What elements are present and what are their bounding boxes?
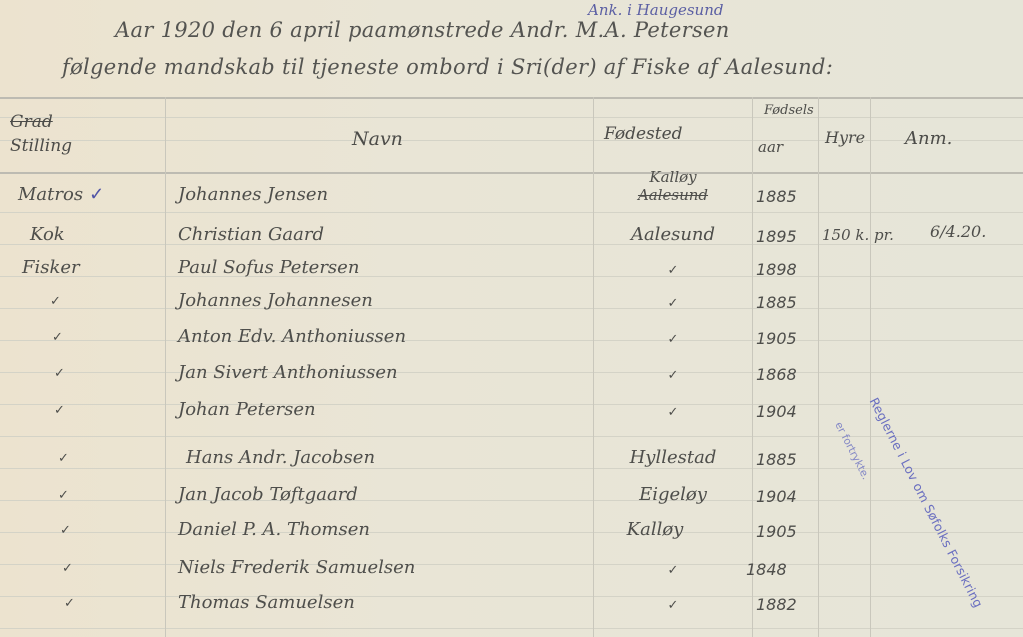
cell-navn: Jan Jacob Tøftgaard <box>178 484 588 505</box>
cell-navn: Paul Sofus Petersen <box>178 257 588 278</box>
cell-fodested: Aalesund <box>598 224 748 245</box>
table-row: ✓ Johannes Johannesen ✓ 1885 <box>0 286 1023 318</box>
cell-aar: 1885 <box>756 187 816 206</box>
cell-stilling: Matros✓ <box>18 184 163 205</box>
header-grad-struck: Grad <box>10 112 53 132</box>
table-row: ✓ Thomas Samuelsen ✓ 1882 <box>0 588 1023 620</box>
cell-navn: Christian Gaard <box>178 224 588 245</box>
cell-aar: 1904 <box>756 487 816 506</box>
table-row: Kok Christian Gaard Aalesund 1895 150 k.… <box>0 220 1023 252</box>
table-row: ✓ Hans Andr. Jacobsen Hyllestad 1885 <box>0 443 1023 475</box>
cell-aar: 1905 <box>756 522 816 541</box>
cell-fodested-struck: Aalesund <box>598 186 748 204</box>
table-row: ✓ Anton Edv. Anthoniussen ✓ 1905 <box>0 322 1023 354</box>
ditto-check-icon: ✓ <box>598 405 748 420</box>
ditto-check-icon: ✓ <box>52 330 197 345</box>
cell-navn: Hans Andr. Jacobsen <box>186 447 596 468</box>
cell-hyre: 150 k. pr. <box>822 226 872 244</box>
cell-aar: 1885 <box>756 450 816 469</box>
ditto-check-icon: ✓ <box>58 451 203 466</box>
blue-check-icon: ✓ <box>89 184 104 205</box>
register-page: Ank. i Haugesund Aar 1920 den 6 april pa… <box>0 0 1023 637</box>
table-row: ✓ Daniel P. A. Thomsen Kalløy 1905 <box>0 515 1023 547</box>
cell-navn: Daniel P. A. Thomsen <box>178 519 588 540</box>
header-navn: Navn <box>352 128 403 150</box>
ditto-check-icon: ✓ <box>598 296 748 311</box>
ditto-check-icon: ✓ <box>598 598 748 613</box>
table-row: Fisker Paul Sofus Petersen ✓ 1898 <box>0 253 1023 285</box>
cell-navn: Niels Frederik Samuelsen <box>178 557 588 578</box>
header-stilling: Stilling <box>10 136 72 156</box>
cell-aar: 1848 <box>746 560 806 579</box>
ditto-check-icon: ✓ <box>598 332 748 347</box>
header-hyre: Hyre <box>825 128 865 147</box>
ditto-check-icon: ✓ <box>598 368 748 383</box>
cell-aar: 1885 <box>756 293 816 312</box>
cell-aar: 1904 <box>756 402 816 421</box>
ditto-check-icon: ✓ <box>50 294 195 309</box>
cell-aar: 1895 <box>756 227 816 246</box>
header-fodselsaar-top: Fødsels <box>764 103 814 118</box>
table-row: ✓ Jan Sivert Anthoniussen ✓ 1868 <box>0 358 1023 390</box>
table-row: Matros✓ Johannes Jensen Kalløy Aalesund … <box>0 180 1023 212</box>
cell-navn: Johan Petersen <box>178 399 588 420</box>
cell-stilling: Fisker <box>22 257 167 278</box>
cell-fodested: Hyllestad <box>598 447 748 468</box>
cell-aar: 1882 <box>756 595 816 614</box>
table-row: ✓ Jan Jacob Tøftgaard Eigeløy 1904 <box>0 480 1023 512</box>
cell-navn: Johannes Jensen <box>178 184 588 205</box>
cell-fodested: Kalløy <box>598 168 748 186</box>
cell-stilling: Kok <box>30 224 175 245</box>
cell-navn: Johannes Johannesen <box>178 290 588 311</box>
cell-navn: Jan Sivert Anthoniussen <box>178 362 588 383</box>
cell-fodested: Eigeløy <box>598 484 748 505</box>
heading-line-1: Aar 1920 den 6 april paamønstrede Andr. … <box>115 18 1023 42</box>
header-anm: Anm. <box>905 128 952 149</box>
cell-anm: 6/4.20. <box>930 222 1023 241</box>
ditto-check-icon: ✓ <box>598 563 748 578</box>
header-fodselsaar-bottom: aar <box>758 138 783 156</box>
heading-line-2: følgende mandskab til tjeneste ombord i … <box>62 55 1023 79</box>
table-row: ✓ Niels Frederik Samuelsen ✓ 1848 <box>0 553 1023 585</box>
cell-aar: 1898 <box>756 260 816 279</box>
cell-navn: Anton Edv. Anthoniussen <box>178 326 588 347</box>
cell-fodested: Kalløy <box>580 519 730 540</box>
ditto-check-icon: ✓ <box>598 263 748 278</box>
cell-navn: Thomas Samuelsen <box>178 592 588 613</box>
cell-aar: 1868 <box>756 365 816 384</box>
cell-aar: 1905 <box>756 329 816 348</box>
blue-annotation: Ank. i Haugesund <box>588 1 723 19</box>
header-fodested: Fødested <box>604 124 683 144</box>
